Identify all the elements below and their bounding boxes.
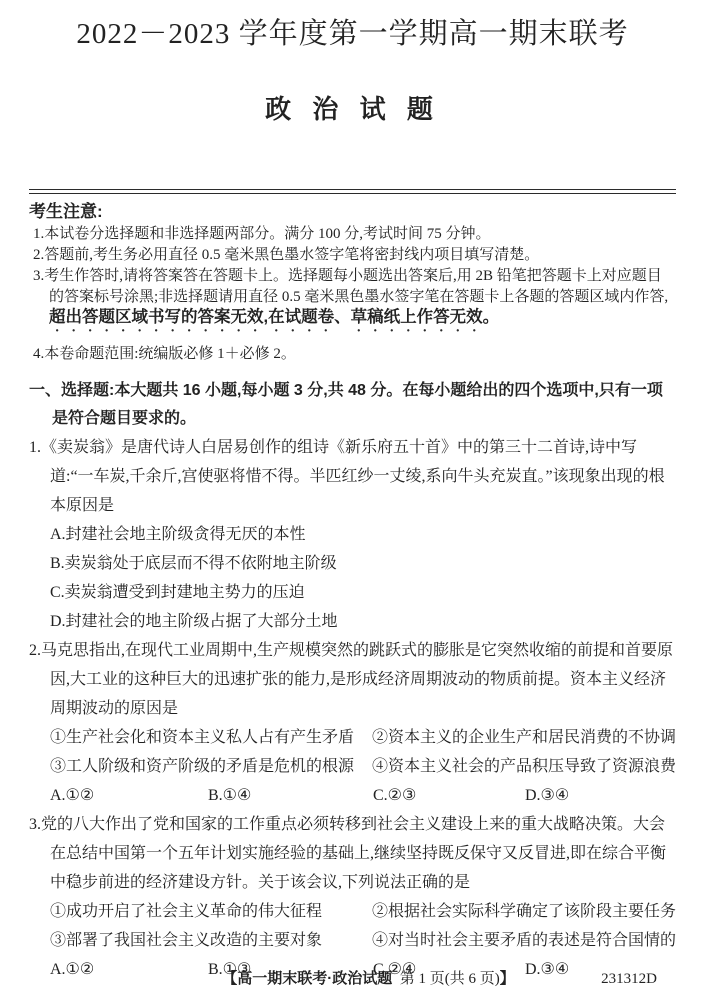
- question-1-option-c: C.卖炭翁遭受到封建地主势力的压迫: [29, 578, 676, 607]
- question-1-stem: 1.《卖炭翁》是唐代诗人白居易创作的组诗《新乐府五十首》中的第三十二首诗,诗中写…: [29, 433, 676, 520]
- question-2-stem-text: 马克思指出,在现代工业周期中,生产规模突然的跳跃式的膨胀是它突然收缩的前提和首要…: [41, 642, 673, 717]
- candidate-notice: 考生注意: 1.本试卷分选择题和非选择题两部分。满分 100 分,考试时间 75…: [29, 200, 676, 365]
- question-2-choice-d: D.③④: [525, 781, 569, 810]
- question-2-stem: 2.马克思指出,在现代工业周期中,生产规模突然的跳跃式的膨胀是它突然收缩的前提和…: [29, 636, 676, 723]
- question-2-answer-choices: A.①② B.①④ C.②③ D.③④: [29, 781, 676, 810]
- notice-heading: 考生注意:: [29, 200, 676, 223]
- question-3-number: 3.: [29, 816, 41, 833]
- footer-page-number: 第 1 页(共 6 页): [400, 971, 500, 987]
- question-2-choice-a: A.①②: [50, 781, 208, 810]
- question-2-statements-row-2: ③工人阶级和资产阶级的矛盾是危机的根源 ④资本主义社会的产品积压导致了资源浪费: [29, 752, 676, 781]
- page-footer: 【高一期末联考·政治试题 第 1 页(共 6 页)】 231312D: [0, 968, 703, 990]
- question-2-number: 2.: [29, 642, 41, 659]
- question-1-number: 1.: [29, 439, 41, 456]
- section-heading: 一、选择题:本大题共 16 小题,每小题 3 分,共 48 分。在每小题给出的四…: [29, 377, 676, 433]
- footer-closing-bracket: 】: [500, 970, 515, 987]
- question-3-statements-row-1: ①成功开启了社会主义革命的伟大征程 ②根据社会实际科学确定了该阶段主要任务: [29, 897, 676, 926]
- question-2-statements-row-1: ①生产社会化和资本主义私人占有产生矛盾 ②资本主义的企业生产和居民消费的不协调: [29, 723, 676, 752]
- footer-paper-code: 231312D: [601, 968, 657, 990]
- notice-item-4: 4.本卷命题范围:统编版必修 1＋必修 2。: [33, 344, 676, 365]
- question-3: 3.党的八大作出了党和国家的工作重点必须转移到社会主义建设上来的重大战略决策。大…: [29, 810, 676, 984]
- question-1: 1.《卖炭翁》是唐代诗人白居易创作的组诗《新乐府五十首》中的第三十二首诗,诗中写…: [29, 433, 676, 636]
- question-2-choice-b: B.①④: [208, 781, 373, 810]
- notice-item-3: 3.考生作答时,请将答案答在答题卡上。选择题每小题选出答案后,用 2B 铅笔把答…: [33, 266, 676, 335]
- notice-list: 1.本试卷分选择题和非选择题两部分。满分 100 分,考试时间 75 分钟。 2…: [29, 224, 676, 365]
- question-3-statement-4: ④对当时社会主要矛盾的表述是符合国情的: [372, 926, 676, 955]
- question-3-statement-1: ①成功开启了社会主义革命的伟大征程: [50, 897, 372, 926]
- question-2-statement-3: ③工人阶级和资产阶级的矛盾是危机的根源: [50, 752, 372, 781]
- notice-item-2: 2.答题前,考生务必用直径 0.5 毫米黑色墨水签字笔将密封线内项目填写清楚。: [33, 245, 676, 266]
- subject-title: 政 治 试 题: [29, 91, 676, 127]
- question-2-statement-4: ④资本主义社会的产品积压导致了资源浪费: [372, 752, 676, 781]
- question-3-stem: 3.党的八大作出了党和国家的工作重点必须转移到社会主义建设上来的重大战略决策。大…: [29, 810, 676, 897]
- question-2: 2.马克思指出,在现代工业周期中,生产规模突然的跳跃式的膨胀是它突然收缩的前提和…: [29, 636, 676, 810]
- question-3-stem-text: 党的八大作出了党和国家的工作重点必须转移到社会主义建设上来的重大战略决策。大会在…: [41, 816, 666, 891]
- exam-page: 2022－2023 学年度第一学期高一期末联考 政 治 试 题 考生注意: 1.…: [0, 0, 703, 999]
- question-1-stem-text: 《卖炭翁》是唐代诗人白居易创作的组诗《新乐府五十首》中的第三十二首诗,诗中写道:…: [41, 439, 665, 514]
- notice-item-3-emphasis: 超出答题区域书写的答案无效,在试题卷、草稿纸上作答无效。: [49, 308, 499, 326]
- question-2-choice-c: C.②③: [373, 781, 525, 810]
- question-3-statements-row-2: ③部署了我国社会主义改造的主要对象 ④对当时社会主要矛盾的表述是符合国情的: [29, 926, 676, 955]
- question-2-statement-1: ①生产社会化和资本主义私人占有产生矛盾: [50, 723, 372, 752]
- notice-item-3-text: 3.考生作答时,请将答案答在答题卡上。选择题每小题选出答案后,用 2B 铅笔把答…: [33, 268, 668, 305]
- question-1-option-a: A.封建社会地主阶级贪得无厌的本性: [29, 520, 676, 549]
- double-rule-divider: [29, 189, 676, 194]
- question-1-option-d: D.封建社会的地主阶级占据了大部分土地: [29, 607, 676, 636]
- footer-caption: 【高一期末联考·政治试题 第 1 页(共 6 页)】: [188, 971, 515, 987]
- question-3-statement-3: ③部署了我国社会主义改造的主要对象: [50, 926, 372, 955]
- question-3-statement-2: ②根据社会实际科学确定了该阶段主要任务: [372, 897, 676, 926]
- page-title: 2022－2023 学年度第一学期高一期末联考: [29, 14, 676, 54]
- question-2-statement-2: ②资本主义的企业生产和居民消费的不协调: [372, 723, 676, 752]
- footer-exam-title: 【高一期末联考·政治试题: [222, 970, 392, 987]
- question-1-option-b: B.卖炭翁处于底层而不得不依附地主阶级: [29, 549, 676, 578]
- notice-item-1: 1.本试卷分选择题和非选择题两部分。满分 100 分,考试时间 75 分钟。: [33, 224, 676, 245]
